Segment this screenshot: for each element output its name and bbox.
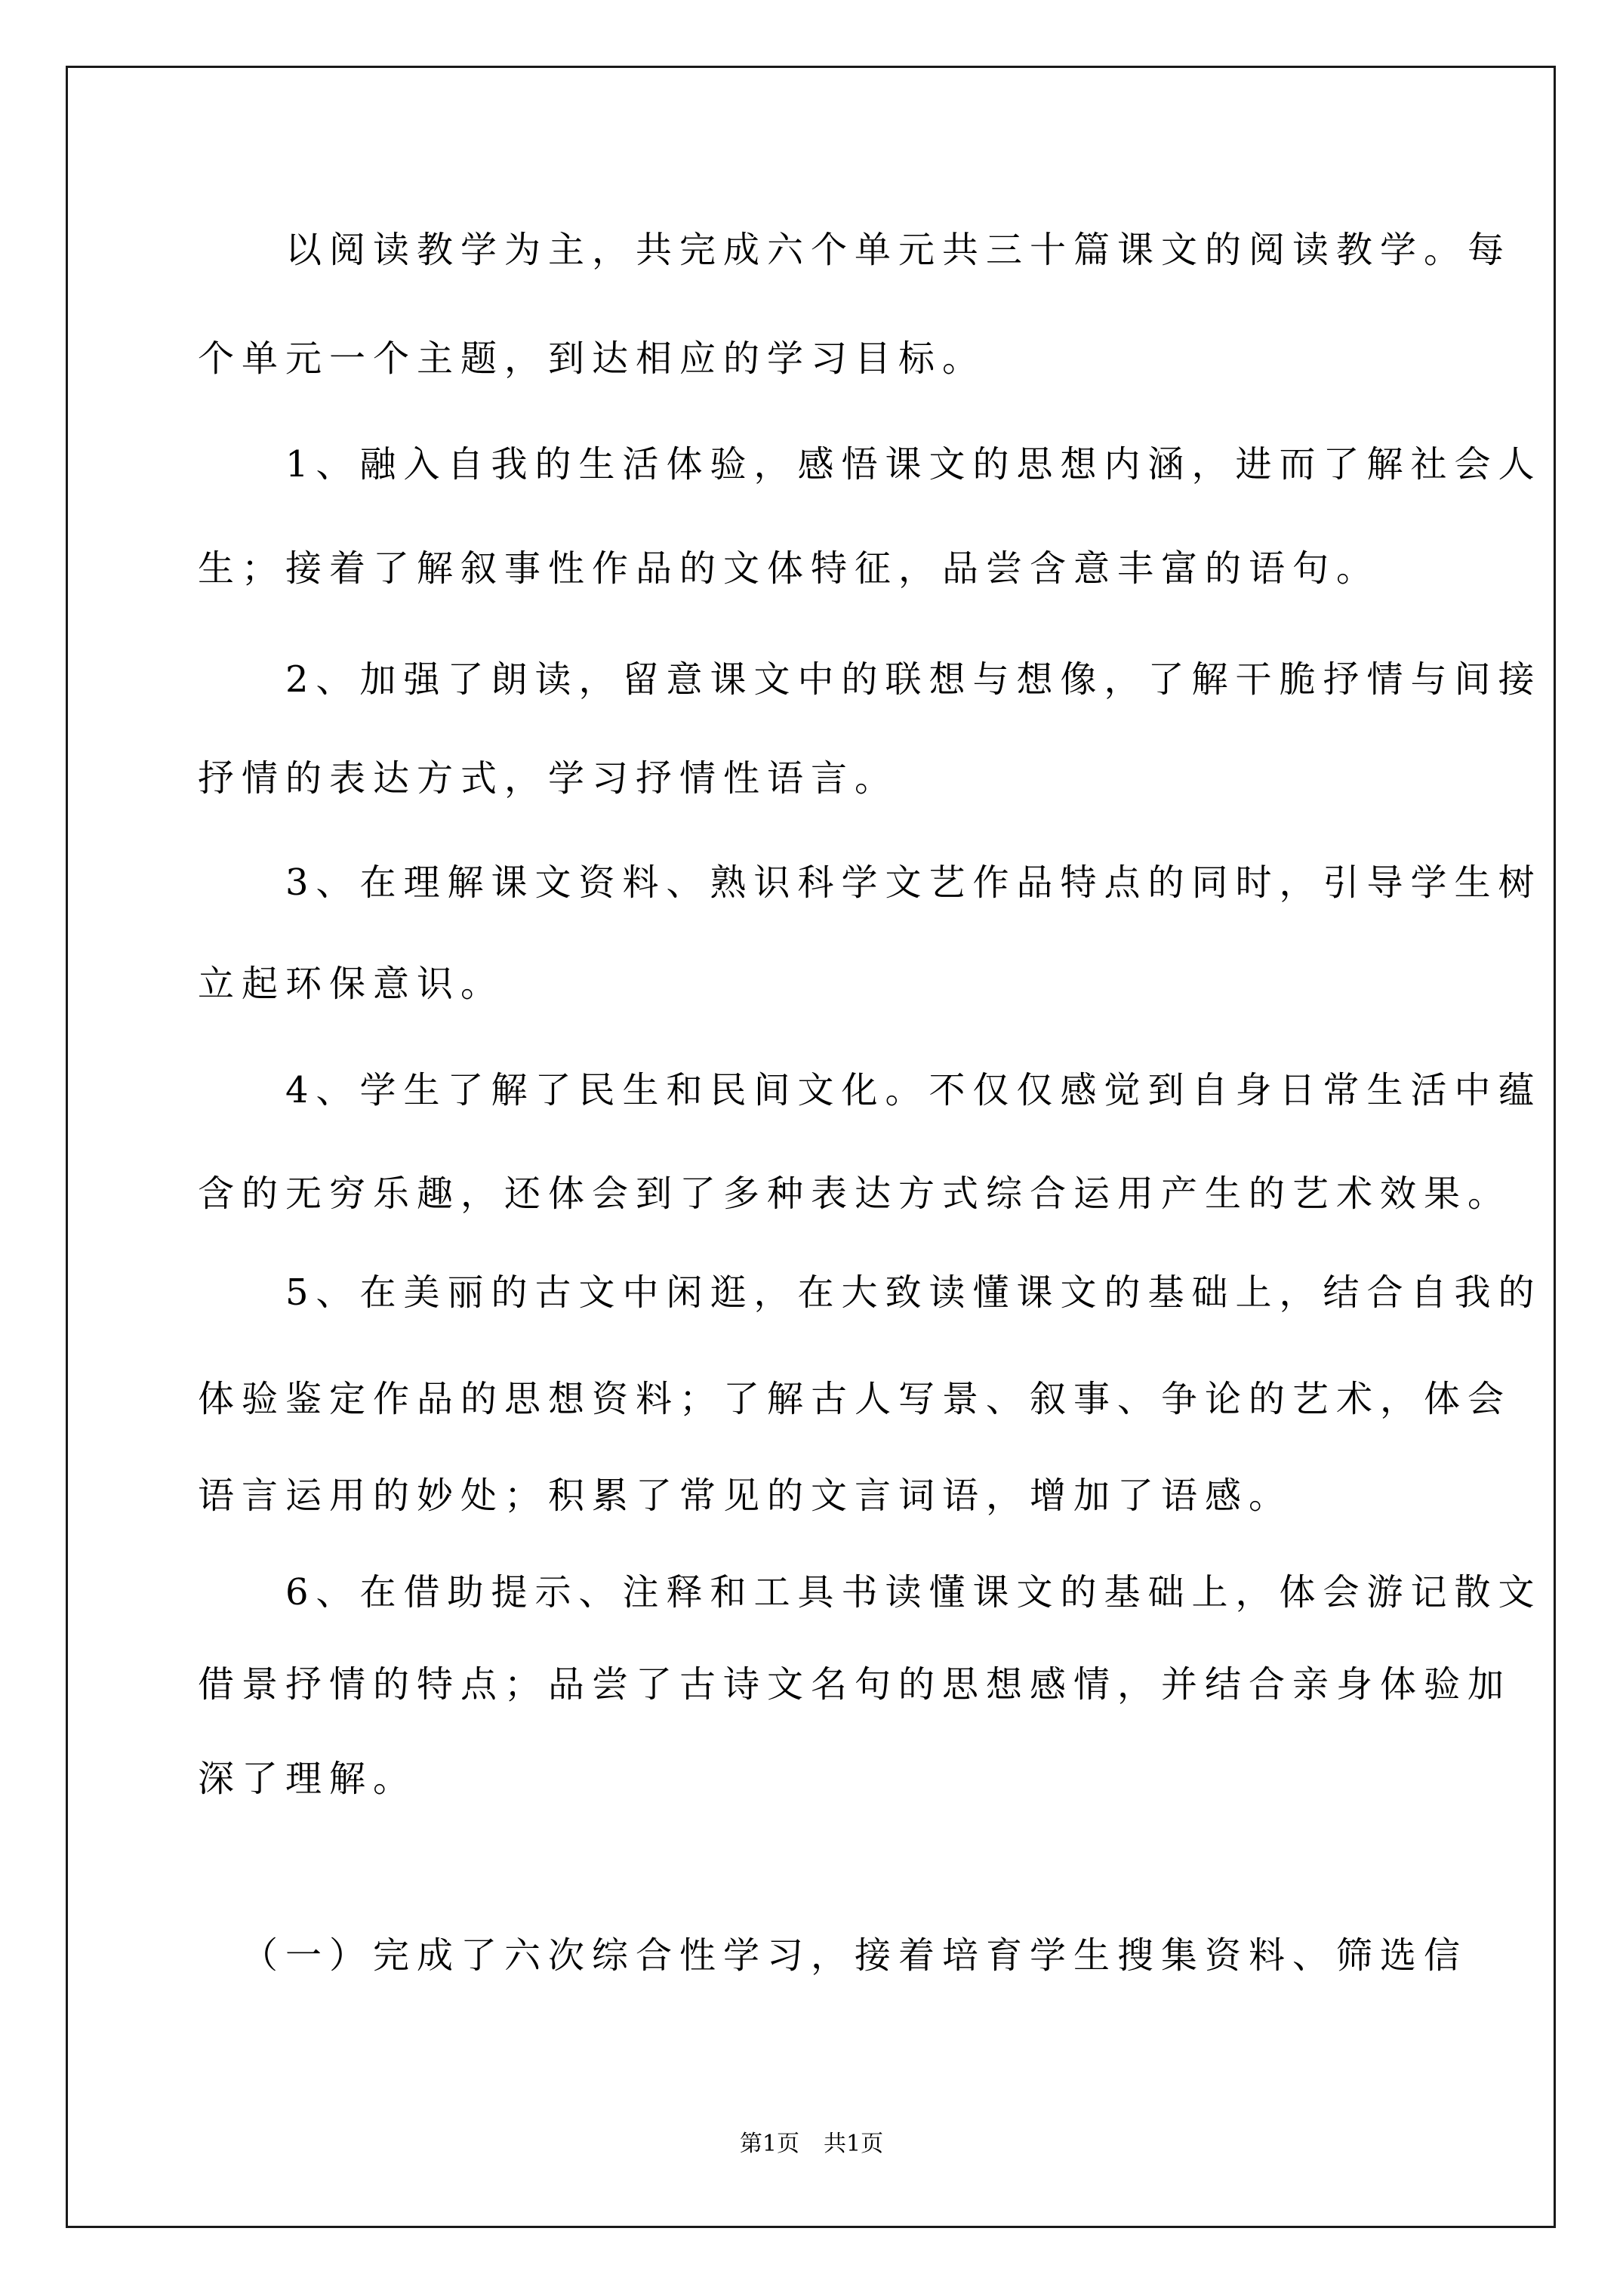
text-line: 深了理解。 <box>198 1756 1466 1801</box>
text-line: （一）完成了六次综合性学习，接着培育学生搜集资料、筛选信 <box>242 1933 1510 1978</box>
text-line: 含的无穷乐趣，还体会到了多种表达方式综合运用产生的艺术效果。 <box>198 1171 1466 1216</box>
text-line: 1、融入自我的生活体验，感悟课文的思想内涵，进而了解社会人 <box>285 442 1554 487</box>
text-line: 抒情的表达方式，学习抒情性语言。 <box>198 756 1466 801</box>
page-number: 第1页 <box>740 2131 799 2157</box>
text-line: 体验鉴定作品的思想资料；了解古人写景、叙事、争论的艺术，体会 <box>198 1376 1466 1422</box>
text-line: 2、加强了朗读，留意课文中的联想与想像，了解干脆抒情与间接 <box>285 657 1554 702</box>
text-line: 生；接着了解叙事性作品的文体特征，品尝含意丰富的语句。 <box>198 546 1466 591</box>
text-line: 立起环保意识。 <box>198 961 1466 1006</box>
page-footer: 第1页共1页 <box>0 2125 1623 2163</box>
text-line: 3、在理解课文资料、熟识科学文艺作品特点的同时，引导学生树 <box>285 860 1554 905</box>
page-border <box>66 66 1556 2228</box>
text-line: 借景抒情的特点；品尝了古诗文名句的思想感情，并结合亲身体验加 <box>198 1662 1466 1707</box>
page-count: 共1页 <box>824 2131 883 2157</box>
text-line: 以阅读教学为主，共完成六个单元共三十篇课文的阅读教学。每 <box>285 227 1554 273</box>
text-line: 语言运用的妙处；积累了常见的文言词语，增加了语感。 <box>198 1473 1466 1518</box>
text-line: 4、学生了解了民生和民间文化。不仅仅感觉到自身日常生活中蕴 <box>285 1068 1554 1113</box>
text-line: 个单元一个主题，到达相应的学习目标。 <box>198 336 1466 381</box>
text-line: 5、在美丽的古文中闲逛，在大致读懂课文的基础上，结合自我的 <box>285 1270 1554 1315</box>
text-line: 6、在借助提示、注释和工具书读懂课文的基础上，体会游记散文 <box>285 1570 1554 1615</box>
